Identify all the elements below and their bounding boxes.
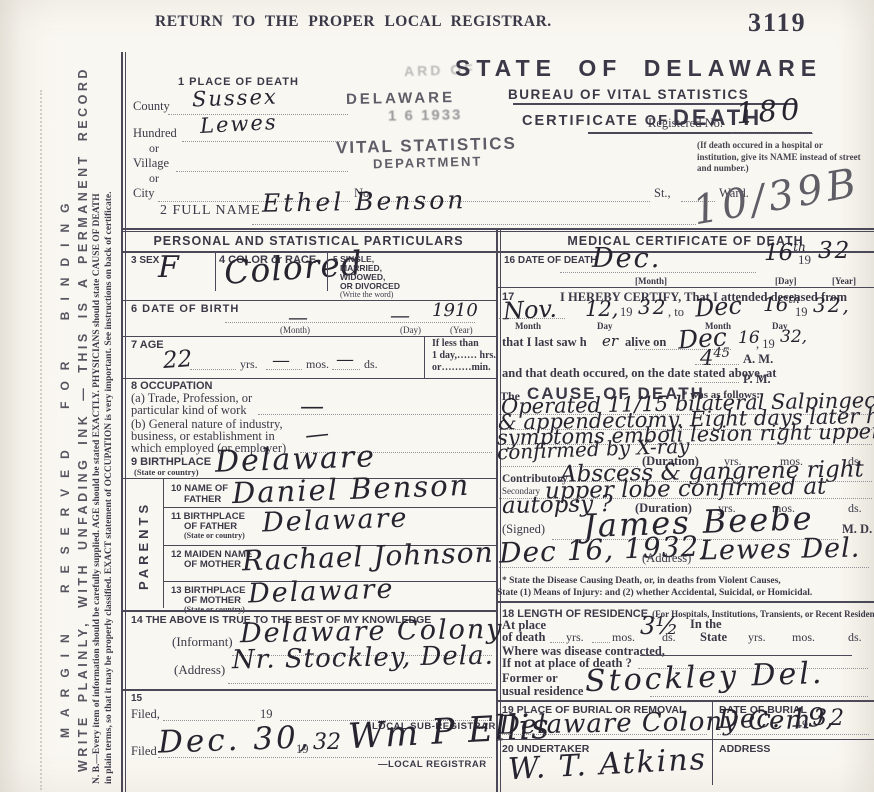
death-occurred-text: and that death occured, on the date stat…: [502, 366, 776, 381]
sex-race-divider: [215, 251, 216, 291]
date-of-death-year: 32: [818, 238, 851, 264]
undertaker-address-label: ADDRESS: [719, 743, 770, 755]
margin-nb-note-line2: in plain terms, so that it may be proper…: [104, 192, 114, 784]
last-saw-text-1: that I last saw h: [502, 335, 587, 350]
physician-address-label: (Address): [642, 551, 691, 566]
age-line-1: [190, 369, 236, 370]
attended-from-day: 12,: [585, 297, 618, 321]
state-ds: ds.: [848, 630, 862, 645]
filed-label-2: Filed: [131, 744, 157, 759]
perforation-dots: [40, 90, 42, 790]
form-border-left-inner: [125, 52, 126, 792]
parents-vertical-label: PARENTS: [136, 501, 151, 590]
margin-binding-note: MARGIN RESERVED FOR BINDING: [58, 193, 72, 738]
certificate-of-death-title: CERTIFICATE OF DEATH: [522, 105, 762, 131]
father-name-label-1: 10 NAME OF: [171, 483, 228, 494]
occupation-a-line: [258, 414, 492, 415]
filed-section-label: 15: [131, 693, 142, 704]
informant-address-line: [228, 683, 492, 684]
age-ds-caption: ds.: [364, 357, 378, 372]
death-time-minutes: 45: [713, 346, 730, 361]
age-label: 7 AGE: [131, 339, 164, 351]
sex-label: 3 SEX: [131, 255, 159, 266]
former-residence-text-2: usual residence: [502, 684, 583, 699]
marital-write-word-note: (Write the word): [340, 290, 393, 299]
burial-date-line: [717, 734, 869, 735]
or-label-1: or: [149, 141, 159, 156]
hundred-line: [182, 141, 348, 142]
age-yrs-caption: yrs.: [240, 357, 258, 372]
filed-year-value: 32: [313, 730, 341, 755]
county-value: Sussex: [192, 85, 279, 112]
return-instruction: RETURN TO THE PROPER LOCAL REGISTRAR.: [155, 13, 552, 31]
hundred-value: Lewes: [199, 110, 278, 138]
death-time-line-am: [695, 364, 739, 365]
at-place-line-1: [550, 642, 564, 643]
dob-year-value: 1910: [432, 300, 478, 321]
from-day-caption: Day: [597, 321, 613, 331]
attended-to-year-prefix: 19: [795, 305, 808, 320]
age-box-divider: [424, 336, 425, 378]
dob-day-caption: (Day): [400, 325, 421, 335]
village-line: [176, 171, 348, 172]
age-mos-caption: mos.: [306, 357, 329, 372]
residence-header: 18 LENGTH OF RESIDENCE (For Hospitals, I…: [502, 604, 874, 622]
attended-from-year-prefix: 19: [620, 305, 633, 320]
filed-date-value: Dec. 30,: [157, 719, 312, 760]
informant-address-value: Nr. Stockley, Dela.: [232, 641, 494, 676]
certificate-serial-number: 3119: [748, 8, 807, 38]
cause-footnote-2: State (1) Means of Injury: and (2) wheth…: [497, 588, 812, 598]
residence-top-rule: [497, 601, 874, 603]
margin-permanent-record-note: WRITE PLAINLY, WITH UNFADING INK — THIS …: [76, 66, 90, 772]
attended-to-day-number: 16: [763, 292, 788, 316]
dob-line: [225, 322, 475, 323]
father-name-label-2: FATHER: [184, 494, 221, 505]
informant-bottom-rule: [121, 689, 496, 691]
main-rule-bottom: [121, 231, 874, 232]
contributory-duration-ds: ds.: [848, 501, 862, 516]
last-saw-year: 32,: [780, 327, 807, 347]
full-name-line: [252, 224, 696, 225]
state-mos: mos.: [792, 630, 815, 645]
less-than-note-1: If less than: [432, 338, 479, 349]
undertaker-column-divider: [712, 739, 713, 785]
date-of-death-label: 16 DATE OF DEATH: [504, 255, 598, 266]
or-label-2: or: [149, 171, 159, 186]
dod-month-caption: [Month]: [635, 276, 667, 286]
date-of-death-year-prefix: 19: [798, 252, 811, 268]
attended-to-year: 32,: [813, 293, 851, 317]
stamp-date: 1 6 1933: [388, 106, 463, 124]
former-residence-line: [650, 696, 868, 697]
less-than-note-2: 1 day,…… hrs.: [432, 350, 496, 361]
county-label: County: [133, 99, 170, 114]
former-residence-value: Stockley Del.: [584, 656, 824, 699]
hundred-label: Hundred: [133, 126, 177, 141]
date-of-death-day-number: 16: [764, 240, 793, 266]
age-days-value: —: [336, 349, 354, 370]
attended-from-year: 32: [638, 295, 667, 319]
certificate-of-text: CERTIFICATE OF: [522, 113, 669, 129]
local-registrar-label: —LOCAL REGISTRAR: [378, 759, 487, 770]
informant-address-label: (Address): [174, 662, 225, 678]
registered-no-value: 180: [735, 92, 805, 131]
stamp-department: DEPARTMENT: [373, 154, 483, 172]
at-place-ds: ds.: [662, 630, 676, 645]
margin-nb-note-line1: N. B.—Every item of information should b…: [92, 193, 102, 784]
parents-box-divider: [163, 478, 164, 608]
death-time-line-pm: [695, 382, 739, 383]
registered-no-line: [731, 133, 813, 134]
date-of-death-line: [560, 272, 756, 273]
father-birthplace-note: (State or country): [184, 531, 245, 540]
age-months-value: —: [272, 350, 290, 371]
registered-no-label: Registered No.: [648, 116, 723, 131]
cause-footnote-1: * State the Disease Causing Death, or, i…: [502, 576, 781, 586]
street-label: St.,: [654, 186, 671, 201]
last-saw-year-prefix: , 19: [756, 337, 775, 352]
at-place-text-2: of death: [502, 630, 545, 645]
burial-place-line: [499, 734, 707, 735]
date-of-death-month: Dec.: [592, 243, 661, 274]
mother-name-value: Rachael Johnson: [242, 536, 495, 578]
physician-address-value: Lewes Del.: [700, 533, 861, 567]
burial-top-rule: [497, 700, 874, 702]
from-month-caption: Month: [515, 321, 541, 331]
filed-line-3: [158, 757, 492, 758]
undertaker-top-rule: [497, 739, 874, 740]
main-rule-top: [121, 228, 874, 230]
dob-row-rule: [121, 336, 496, 337]
dob-day-value: —: [390, 303, 410, 327]
at-place-line-2: [592, 642, 610, 643]
parents-bottom-rule: [121, 610, 496, 612]
father-birthplace-value: Delaware: [262, 502, 409, 538]
dob-year-caption: (Year): [450, 325, 473, 335]
attended-to-text: , to: [668, 305, 684, 320]
pm-label: P. M.: [743, 372, 771, 387]
last-saw-text-2: alive on: [625, 335, 666, 350]
attended-from-line: [499, 318, 565, 319]
informant-label: (Informant): [172, 634, 233, 650]
village-label: Village: [133, 156, 169, 171]
birthplace-note: (State or country): [134, 467, 199, 477]
filed-label-1: Filed,: [131, 707, 160, 722]
age-years-value: 22: [162, 346, 193, 374]
burial-year-prefix: 19: [796, 717, 808, 732]
column-divider-outer: [496, 228, 498, 792]
dod-year-caption: [Year]: [832, 276, 856, 286]
signed-date-line: [499, 567, 869, 568]
am-label: A. M.: [743, 352, 773, 367]
less-than-note-3: or………min.: [432, 362, 491, 373]
last-saw-her: er: [602, 332, 618, 350]
at-place-mos: mos.: [612, 630, 635, 645]
column-divider-inner: [500, 228, 501, 792]
occupation-a-line2: particular kind of work: [131, 403, 247, 418]
form-border-left-outer: [121, 52, 123, 792]
age-row-rule: [121, 378, 496, 379]
attended-to-month: Dec: [694, 291, 743, 322]
full-name-label: 2 FULL NAME: [160, 203, 261, 219]
dod-rule: [497, 287, 874, 288]
state-yrs: yrs.: [748, 630, 766, 645]
residence-note: (For Hospitals, Institutions, Transients…: [652, 609, 874, 619]
date-of-birth-label: 6 DATE OF BIRTH: [131, 303, 239, 315]
mother-name-label-2: OF MOTHER: [184, 559, 241, 570]
mother-birthplace-value: Delaware: [248, 573, 395, 609]
filed-year-prefix-2: 19: [296, 742, 309, 757]
race-marital-divider: [327, 251, 328, 291]
state-title: STATE OF DELAWARE: [455, 55, 822, 82]
occupation-a-value: —: [300, 392, 324, 420]
at-place-yrs: yrs.: [566, 630, 584, 645]
bureau-title: BUREAU OF VITAL STATISTICS: [508, 87, 749, 102]
dob-month-caption: (Month): [280, 325, 310, 335]
death-certificate-scan: RETURN TO THE PROPER LOCAL REGISTRAR. 31…: [0, 0, 874, 792]
full-name-value: Ethel Benson: [262, 185, 467, 218]
city-label: City: [133, 186, 155, 201]
state-residence-label: State: [700, 630, 727, 645]
dod-day-caption: [Day]: [775, 276, 797, 286]
sex-value: F: [158, 250, 179, 285]
burial-year-value: 32: [813, 706, 847, 731]
stamp-delaware: DELAWARE: [346, 89, 455, 108]
